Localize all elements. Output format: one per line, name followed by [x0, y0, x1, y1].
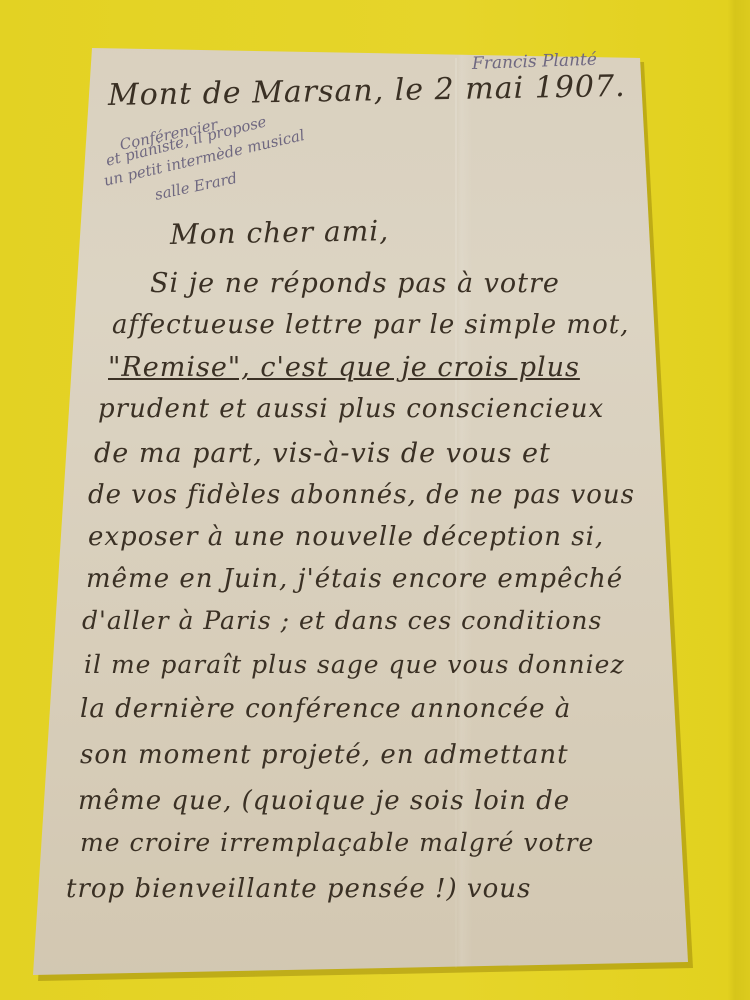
body-line-8: même en Juin, j'étais encore empêché — [86, 564, 623, 594]
body-line-12: son moment projeté, en admettant — [80, 740, 569, 770]
letter-salutation: Mon cher ami, — [170, 214, 390, 251]
body-line-6: de vos fidèles abonnés, de ne pas vous — [88, 480, 635, 510]
body-line-11: la dernière conférence annoncée à — [80, 694, 571, 724]
body-line-5: de ma part, vis-à-vis de vous et — [94, 438, 551, 469]
body-line-4: prudent et aussi plus consciencieux — [98, 394, 604, 424]
body-line-10: il me paraît plus sage que vous donniez — [84, 650, 625, 679]
body-line-3: "Remise", c'est que je crois plus — [108, 352, 580, 383]
body-line-15: trop bienveillante pensée !) vous — [66, 874, 531, 904]
body-line-7: exposer à une nouvelle déception si, — [88, 522, 604, 552]
body-line-9: d'aller à Paris ; et dans ces conditions — [82, 606, 602, 635]
body-line-2: affectueuse lettre par le simple mot, — [112, 310, 629, 340]
body-line-1: Si je ne réponds pas à votre — [150, 268, 560, 299]
body-line-14: me croire irremplaçable malgré votre — [80, 828, 594, 857]
body-line-13: même que, (quoique je sois loin de — [78, 786, 570, 816]
